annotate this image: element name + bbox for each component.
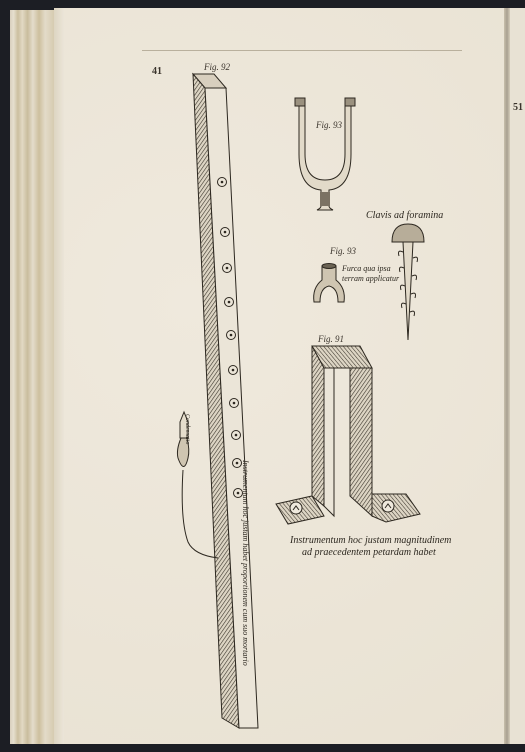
fig93-small-caption-1: Furca qua ipsa bbox=[342, 264, 391, 274]
fig91-drawing bbox=[276, 346, 426, 536]
clavis-caption: Clavis ad foramina bbox=[366, 210, 443, 221]
fig93-fork-drawing bbox=[293, 98, 363, 210]
fig92-vertical-caption: Instrumentum hoc justam habet proportion… bbox=[241, 460, 250, 666]
fig93-small-caption-2: terram applicatur bbox=[342, 274, 399, 284]
fig91-label: Fig. 91 bbox=[318, 334, 344, 344]
fig91-caption-2: ad praecedentem petardam habet bbox=[302, 547, 436, 558]
engraved-plate: 41 Fig. 92 bbox=[138, 50, 468, 730]
fig93-top-label: Fig. 93 bbox=[316, 120, 342, 130]
fig91-caption-1: Instrumentum hoc justam magnitudinem bbox=[290, 535, 451, 546]
instrument-label: Condensatio bbox=[184, 414, 190, 444]
page-edges bbox=[10, 10, 54, 744]
right-page-number: 51 bbox=[513, 102, 523, 113]
page-edge-shadow bbox=[54, 8, 64, 744]
facing-page-edge bbox=[510, 8, 525, 744]
fig93-small-label: Fig. 93 bbox=[330, 246, 356, 256]
